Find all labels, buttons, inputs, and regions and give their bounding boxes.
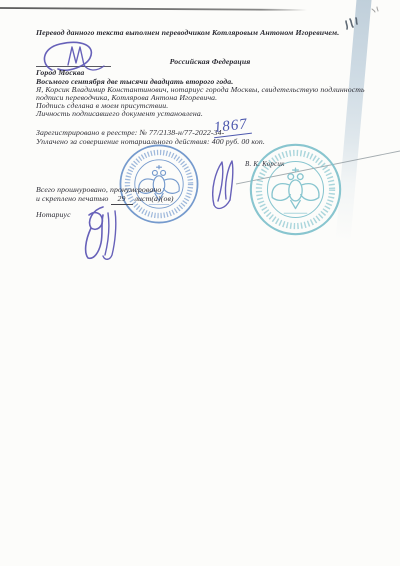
notary-label: Нотариус: [36, 211, 71, 220]
translator-statement: Перевод данного текста выполнен переводч…: [36, 29, 339, 38]
notary-round-stamp-left: [118, 143, 200, 225]
registry-line: Зарегистрировано в реестре: № 77/2138-н/…: [36, 129, 224, 138]
scan-edge-artifact: [0, 8, 307, 10]
notary-signature-bottom: [79, 201, 121, 261]
notary-name: В. К. Корсик: [245, 160, 285, 168]
binding-suffix: лист(а)(ов): [135, 194, 174, 203]
registry-number-handwritten: 1867: [212, 116, 252, 138]
notary-round-stamp-right: [248, 142, 343, 237]
scanned-notarial-page: Перевод данного текста выполнен переводч…: [0, 0, 400, 566]
identity-line: Личность подписавшего документ установле…: [36, 110, 203, 119]
corner-ink-mark: [372, 7, 378, 12]
country-heading: Российская Федерация: [130, 58, 290, 67]
registry-label: Зарегистрировано в реестре: № 77/2138-н/…: [36, 128, 224, 137]
notary-signature-middle: [206, 157, 238, 213]
